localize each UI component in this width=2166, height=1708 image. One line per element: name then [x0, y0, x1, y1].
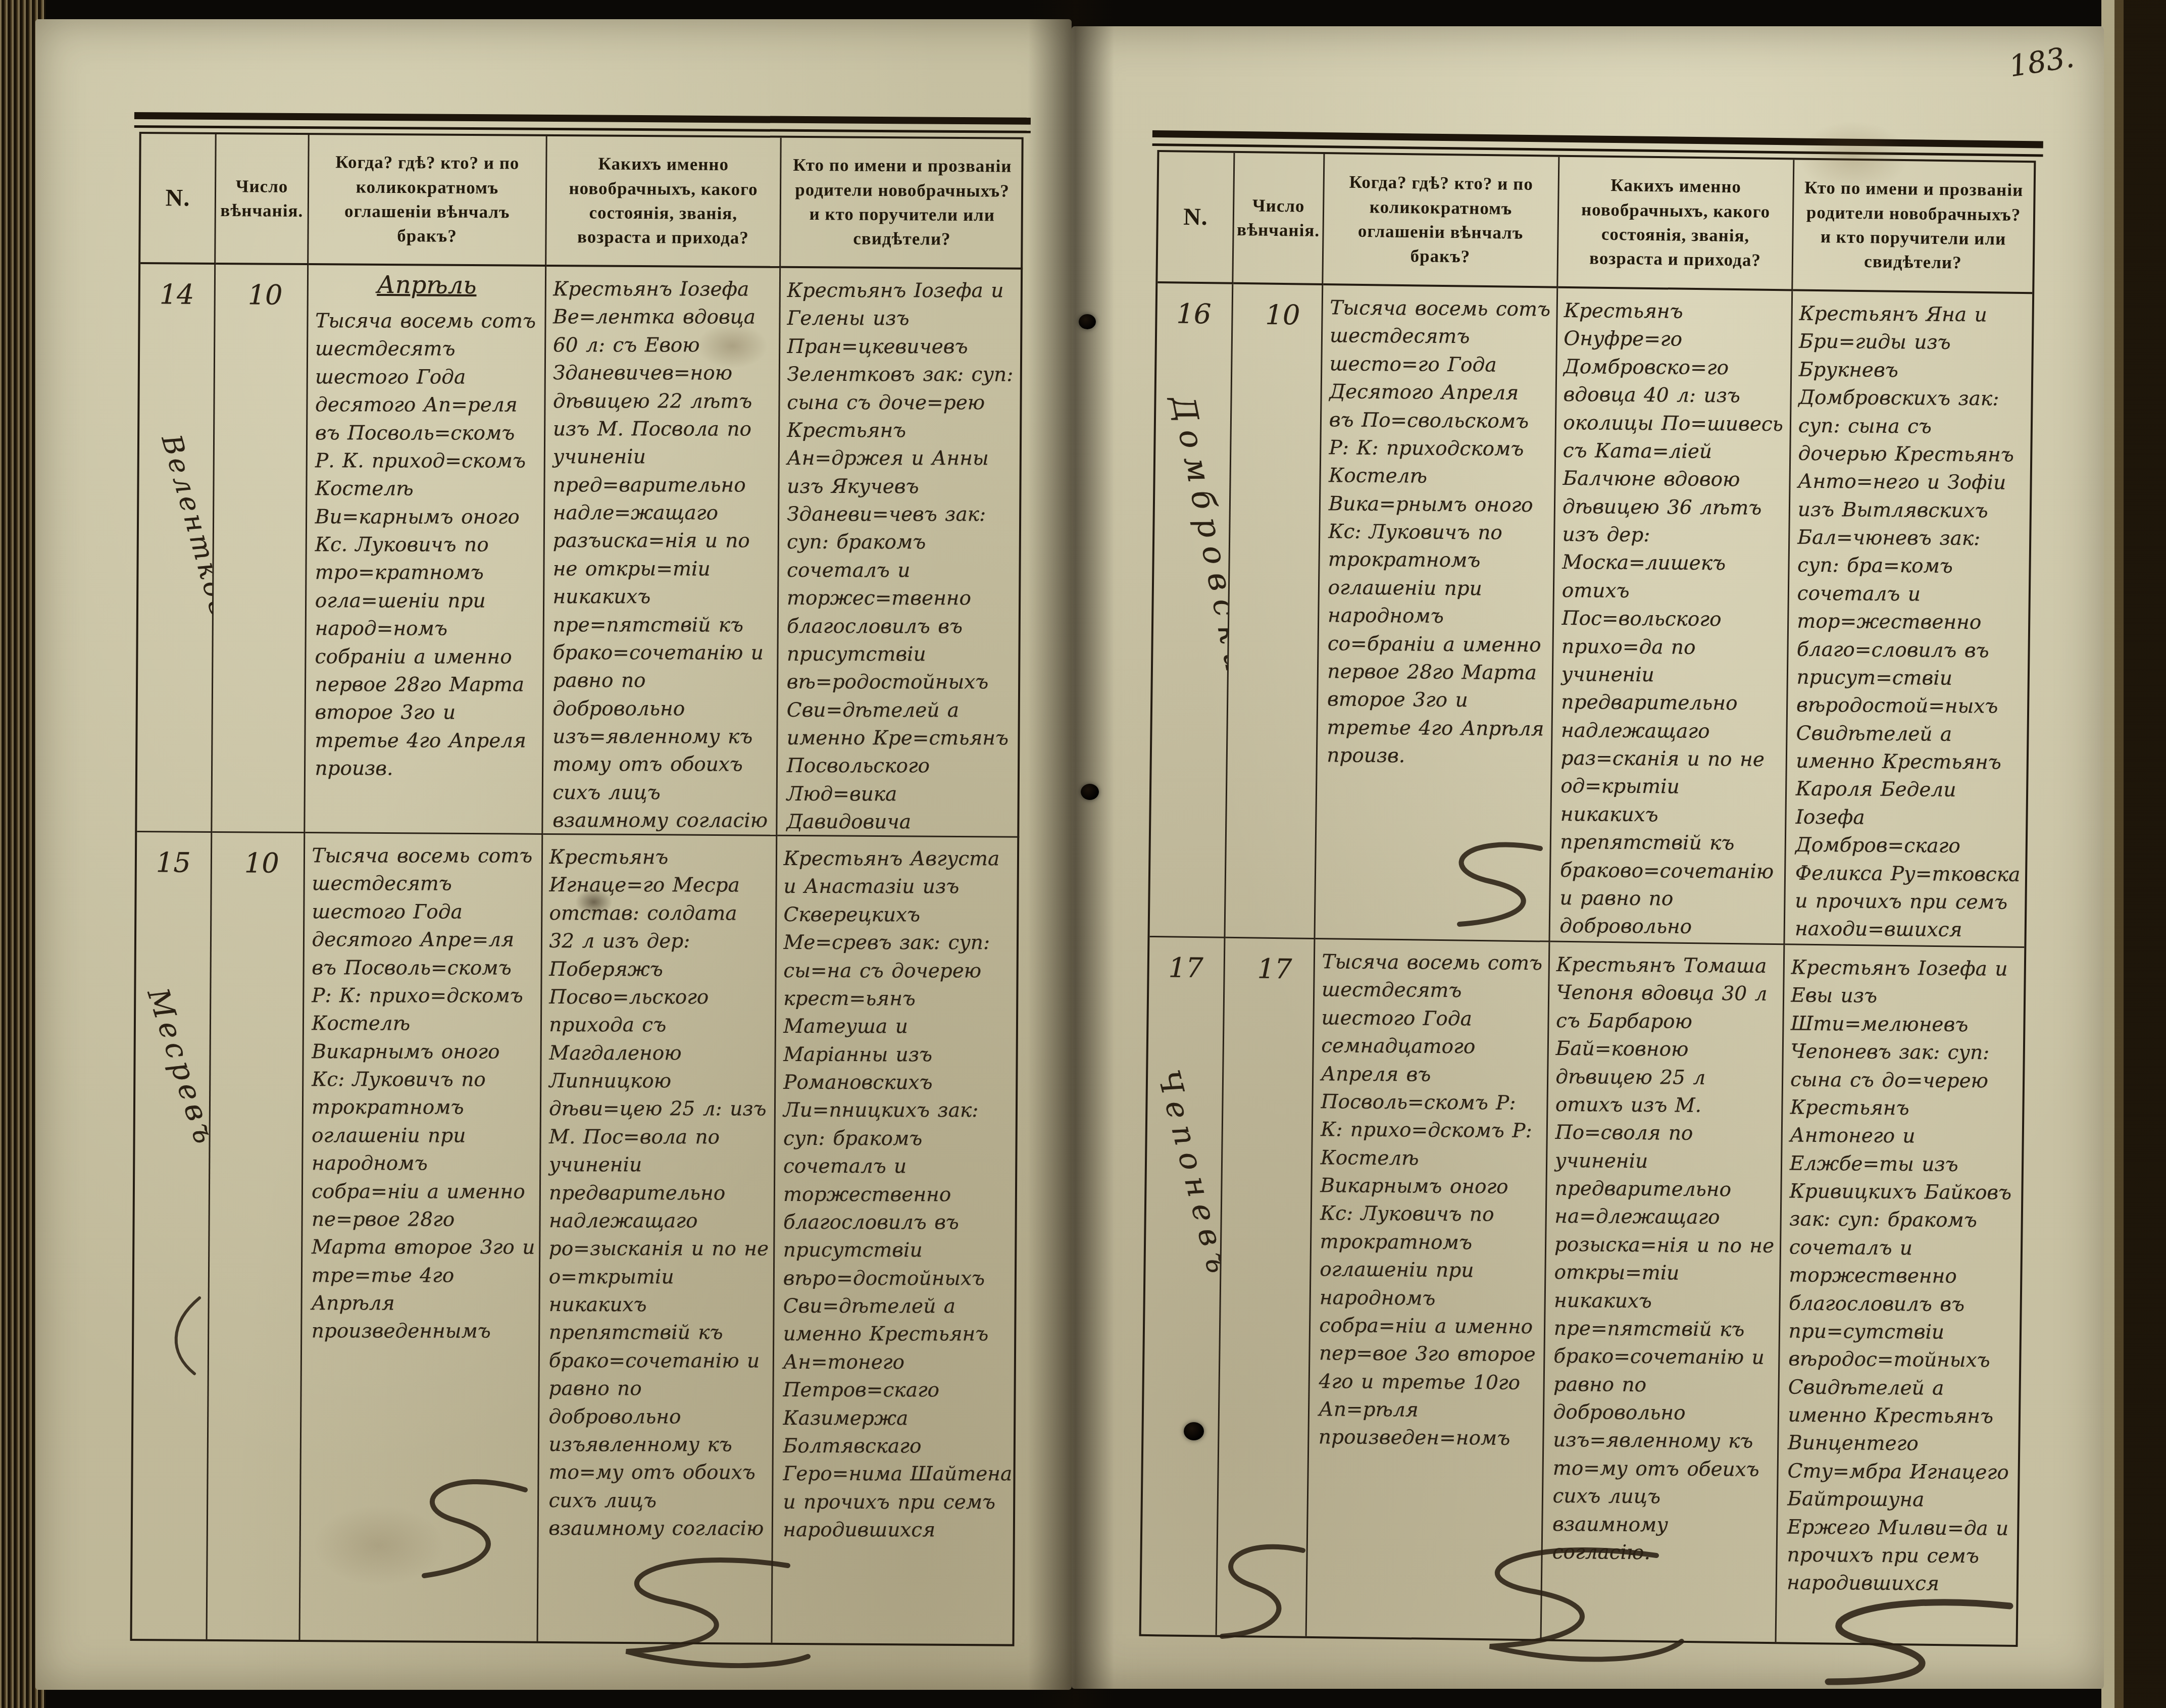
entry-15-when-text: Тысяча восемь сотъ шестдесятъ шестого Го… [304, 834, 540, 1349]
entry-14-witnesses-cell: Крестьянъ Іозефа и Гелены изъ Пран=цкеви… [777, 268, 1023, 838]
entry-14-when-cell: Апрѣль Тысяча восемь сотъ шестдесятъ шес… [305, 265, 546, 835]
entry-16-newlyweds-cell: Крестьянъ Онуфре=го Домбровско=го вдовца… [1550, 288, 1793, 945]
column-header-newlyweds-right: Какихъ именно новобрачныхъ, какого состо… [1558, 157, 1794, 291]
entry-17-witnesses-cell: Крестьянъ Іозефа и Евы изъ Шти=мелюневъ … [1777, 945, 2025, 1645]
entry-17-number-cell: 17 Чепоневъ [1141, 937, 1226, 1635]
column-header-parents: Кто по имени и прозваніи родители новобр… [781, 138, 1024, 270]
paper-stain-2 [1798, 121, 1909, 192]
entry-15-newlyweds-cell: Крестьянъ Игнаце=го Месра отстав: солдат… [538, 835, 778, 1643]
entry-16-when-cell: Тысяча восемь сотъ шестдесятъ шесто=го Г… [1315, 285, 1558, 942]
entry-14-margin-surname: Велентковъ [155, 431, 216, 642]
entry-16-margin-surname: Домбровскихъ [1165, 392, 1233, 737]
entry-16-newlyweds-text: Крестьянъ Онуфре=го Домбровско=го вдовца… [1550, 289, 1789, 945]
column-header-newlyweds: Какихъ именно новобрачныхъ, какого состо… [546, 136, 782, 268]
entry-14-witnesses-text: Крестьянъ Іозефа и Гелены изъ Пран=цкеви… [778, 269, 1021, 838]
entry-16-witnesses-text: Крестьянъ Яна и Бри=гиды изъ Брукневъ До… [1787, 292, 2031, 948]
entry-16-witnesses-cell: Крестьянъ Яна и Бри=гиды изъ Брукневъ До… [1785, 291, 2032, 948]
entry-14-day: 10 [216, 265, 308, 311]
entry-17-when-cell: Тысяча восемь сотъ шестдесятъ шестого Го… [1307, 939, 1550, 1639]
column-header-count-right: Число вѣнчанія. [1233, 153, 1325, 285]
entry-15-day: 10 [212, 833, 304, 879]
punch-hole-bottom [1184, 1422, 1204, 1440]
entry-15-day-cell: 10 [208, 833, 306, 1640]
entry-17-day: 17 [1225, 938, 1314, 985]
entry-14-when-text: Тысяча восемь сотъ шестдесятъ шестого Го… [307, 299, 543, 787]
punch-hole-middle [1081, 784, 1099, 800]
column-header-n: N. [140, 134, 217, 265]
column-header-when: Когда? гдѣ? кто? и по коликократномъ огл… [309, 135, 547, 267]
paper-stain-1 [697, 323, 768, 369]
entry-15-newlyweds-text: Крестьянъ Игнаце=го Месра отстав: солдат… [540, 835, 774, 1547]
entry-17-when-text: Тысяча восемь сотъ шестдесятъ шестого Го… [1311, 940, 1547, 1457]
entry-15-number-cell: 15 Месревъ [132, 832, 213, 1639]
entry-16-day: 10 [1233, 284, 1322, 331]
paper-stain-3 [313, 1505, 444, 1586]
right-register-table: N. Число вѣнчанія. Когда? гдѣ? кто? и по… [1139, 130, 2036, 1647]
metrical-book-scan: 183. N. Число вѣнчанія. Когда? гдѣ? кто?… [0, 0, 2166, 1708]
entry-15-margin-surname: Месревъ [141, 984, 213, 1151]
page-stack-edge-right [2101, 0, 2166, 1708]
column-header-count: Число вѣнчанія. [216, 134, 310, 265]
month-header: Апрѣль [309, 265, 545, 300]
entry-16-when-text: Тысяча восемь сотъ шестдесятъ шесто=го Г… [1319, 286, 1555, 775]
entry-15-witnesses-text: Крестьянъ Августа и Анастазіи изъ Сквере… [775, 837, 1017, 1548]
entry-17-number: 17 [1149, 937, 1224, 984]
entry-17-day-cell: 17 [1217, 938, 1316, 1636]
entry-17-margin-surname: Чепоневъ [1150, 1067, 1226, 1284]
binding-gutter [1028, 0, 1114, 1708]
punch-hole-top [1079, 314, 1096, 329]
ink-blot [576, 889, 612, 915]
entry-16-day-cell: 10 [1225, 284, 1323, 939]
entry-14-day-cell: 10 [212, 265, 309, 833]
column-header-when-right: Когда? гдѣ? кто? и по коликократномъ огл… [1323, 154, 1559, 288]
entry-17-newlyweds-text: Крестьянъ Томаша Чепоня вдовца 30 л съ Б… [1544, 943, 1782, 1572]
entry-17-newlyweds-cell: Крестьянъ Томаша Чепоня вдовца 30 л съ Б… [1542, 942, 1785, 1642]
entry-17-witnesses-text: Крестьянъ Іозефа и Евы изъ Шти=мелюневъ … [1779, 946, 2023, 1603]
left-register-table: N. Число вѣнчанія. Когда? гдѣ? кто? и по… [130, 112, 1024, 1646]
entry-16-number: 16 [1157, 283, 1232, 330]
column-header-n-right: N. [1157, 152, 1235, 284]
entry-15-number: 15 [137, 832, 211, 879]
entry-14-number-cell: 14 Велентковъ [137, 264, 216, 833]
entry-15-witnesses-cell: Крестьянъ Августа и Анастазіи изъ Сквере… [773, 836, 1020, 1644]
entry-16-number-cell: 16 Домбровскихъ [1149, 283, 1233, 938]
entry-14-number: 14 [140, 264, 215, 311]
